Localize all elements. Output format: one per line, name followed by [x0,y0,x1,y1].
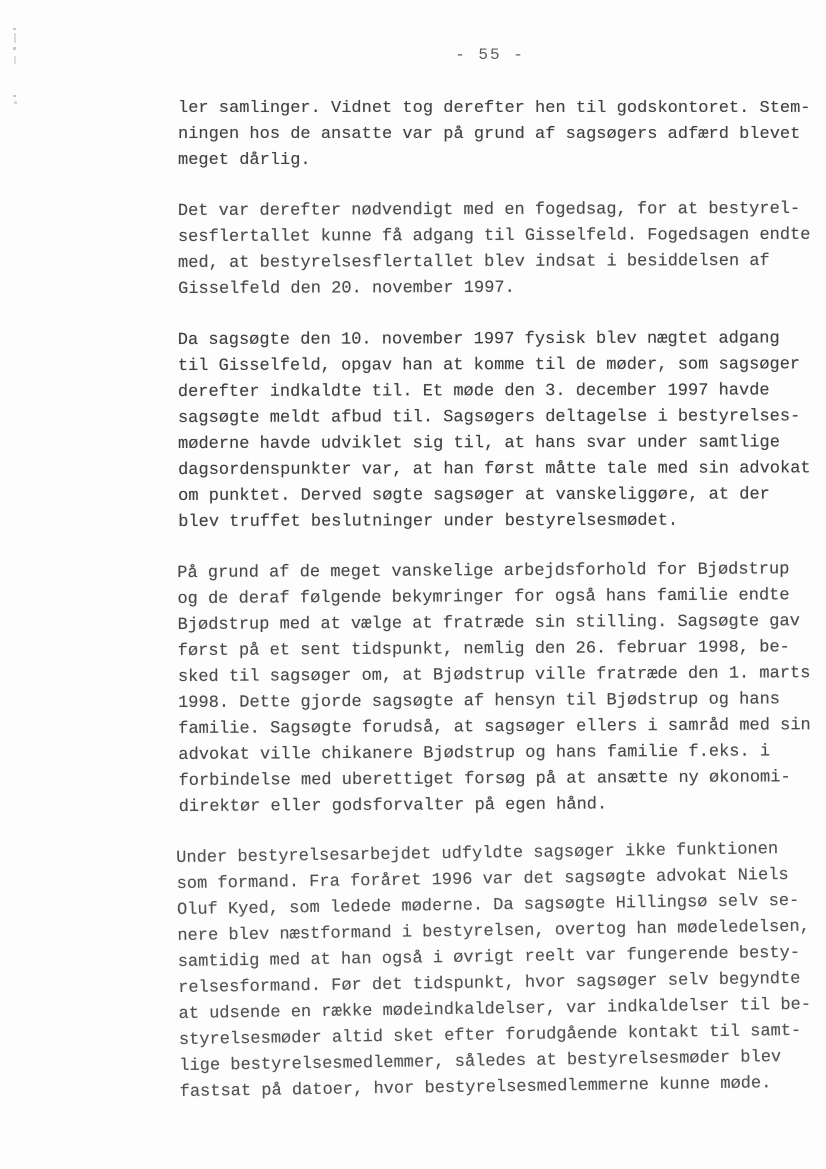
scan-artifact [13,95,16,97]
scan-artifact [13,47,16,50]
scan-artifact [14,56,16,64]
paragraph-bjoedstrup-resignation: På grund af de meget vanskelige arbejdsf… [177,557,819,821]
paragraph-fogedsag: Det var derefter nødvendigt med en foged… [178,197,818,303]
document-page: - 55 - ler samlinger. Vidnet tog derefte… [0,0,826,1169]
scan-artifact [14,101,17,104]
paragraph-meetings: Da sagsøgte den 10. november 1997 fysisk… [178,326,819,536]
paragraph-board-chairman: Under bestyrelsesarbejdet udfyldte sagsø… [176,837,820,1106]
scan-artifact [14,33,16,43]
document-body: ler samlinger. Vidnet tog derefter hen t… [178,96,818,1131]
scan-artifact [13,28,16,30]
paragraph-witness-statement: ler samlinger. Vidnet tog derefter hen t… [178,96,818,174]
page-number: - 55 - [178,46,802,64]
